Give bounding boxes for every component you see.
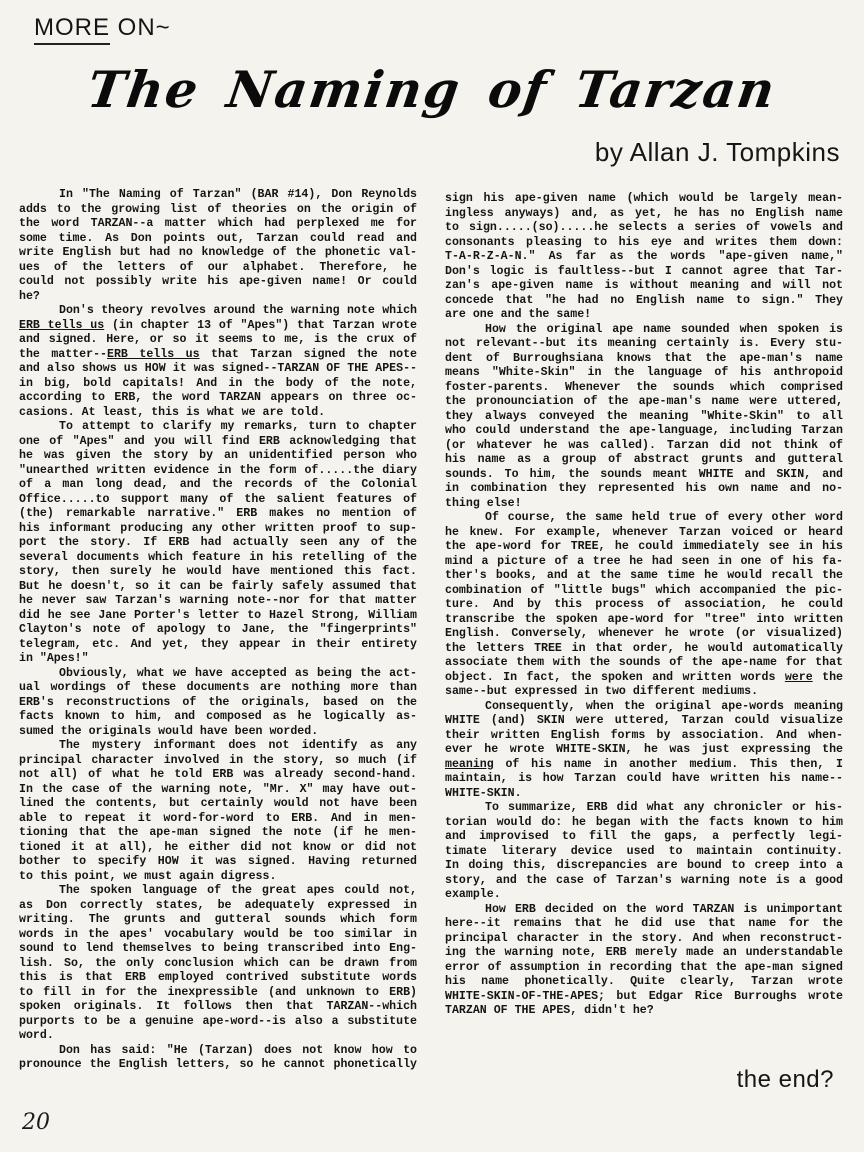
text-line: his name as a group of abstract grunts a… (445, 453, 843, 468)
text-line: did he see Jane Porter's letter to Hazel… (19, 609, 417, 624)
text-line: TARZAN OF THE APES, didn't he? (445, 1004, 843, 1019)
text-line: words in the apes' vocabulary would be t… (19, 928, 417, 943)
text-line: Don has said: "He (Tarzan) does not know… (19, 1044, 417, 1059)
text-line: and improvised to fill the gaps, a perfe… (445, 830, 843, 845)
left-column: In "The Naming of Tarzan" (BAR #14), Don… (19, 188, 417, 1073)
text-line: ual wordings of these documents are noth… (19, 681, 417, 696)
text-line: able to repeat it word-for-word to ERB. … (19, 812, 417, 827)
text-line: maintain, is how Tarzan could have writt… (445, 772, 843, 787)
text-line: the word TARZAN--a matter which had perp… (19, 217, 417, 232)
text-line: But he doesn't, so it can be fairly safe… (19, 580, 417, 595)
text-line: the matter--ERB tells us that Tarzan sig… (19, 348, 417, 363)
text-line: To attempt to clarify my remarks, turn t… (19, 420, 417, 435)
text-line: not relevant--but its meaning certainly … (445, 337, 843, 352)
text-line: English. Conversely, whenever he wrote (… (445, 627, 843, 642)
text-line: in "Apes!" (19, 652, 417, 667)
text-line: mind a picture of a tree he had seen in … (445, 555, 843, 570)
text-line: concede that "he had no English name to … (445, 294, 843, 309)
text-line: To summarize, ERB did what any chronicle… (445, 801, 843, 816)
text-line: foster-parents. Whenever the sounds whic… (445, 381, 843, 396)
text-line: this is that ERB employed contrived subs… (19, 971, 417, 986)
text-line: he was given the story by an unidentifie… (19, 449, 417, 464)
text-line: ther's books, and at the same time he wo… (445, 569, 843, 584)
text-line: associate them with the sounds of the ap… (445, 656, 843, 671)
text-line: ERB's reconstructions of the originals, … (19, 696, 417, 711)
text-line: lish. So, the only conclusion which can … (19, 957, 417, 972)
text-line: story, then surely he would have mention… (19, 565, 417, 580)
text-line: write English but had no knowledge of th… (19, 246, 417, 261)
title-word: The (84, 60, 204, 119)
text-line: ingless anyways) and, as yet, he has no … (445, 207, 843, 222)
text-line: who could understand the ape-language, i… (445, 424, 843, 439)
underlined-text: meaning (445, 758, 494, 771)
text-line: Obviously, what we have accepted as bein… (19, 667, 417, 682)
text-line: dent of Burroughsiana knows that the ape… (445, 352, 843, 367)
text-line: object. In fact, the spoken and written … (445, 671, 843, 686)
text-line: The spoken language of the great apes co… (19, 884, 417, 899)
text-line: WHITE (and) SKIN were uttered, Tarzan co… (445, 714, 843, 729)
text-line: (the) remarkable narrative." ERB makes n… (19, 507, 417, 522)
text-line: are one and the same! (445, 308, 843, 323)
text-line: purports to be a genuine ape-word--is al… (19, 1015, 417, 1030)
text-line: telegram, etc. And yet, they appear in t… (19, 638, 417, 653)
text-line: the pronounciation of the ape-man's name… (445, 395, 843, 410)
text-line: casions. At least, this is what we are t… (19, 406, 417, 421)
text-line: Consequently, when the original ape-word… (445, 700, 843, 715)
text-line: according to ERB, the word TARZAN appear… (19, 391, 417, 406)
underlined-text: ERB tells us (19, 319, 104, 332)
text-line: consonants pleasing to his eye and write… (445, 236, 843, 251)
text-line: not all) of what he told ERB was already… (19, 768, 417, 783)
text-line: The mystery informant does not identify … (19, 739, 417, 754)
text-line: lined the contents, but certainly would … (19, 797, 417, 812)
underlined-text: ERB tells us (107, 348, 200, 361)
text-line: he knew. For example, whenever Tarzan vo… (445, 526, 843, 541)
text-line: tioning that the ape-man signed the note… (19, 826, 417, 841)
text-line: "unearthed written evidence in the form … (19, 464, 417, 479)
text-line: to this point, we must again digress. (19, 870, 417, 885)
text-line: his informant producing any other writte… (19, 522, 417, 537)
author-byline: by Allan J. Tompkins (595, 137, 840, 168)
title-word: Tarzan (571, 60, 780, 119)
text-line: sounds. To him, the sounds meant WHITE a… (445, 468, 843, 483)
closing-text: the end? (737, 1066, 834, 1094)
title-word: Naming (223, 60, 465, 119)
text-line: their written English forms by associati… (445, 729, 843, 744)
text-line: WHITE-SKIN. (445, 787, 843, 802)
text-line: could not possibly write his ape-given n… (19, 275, 417, 290)
text-line: in combination they represented his own … (445, 482, 843, 497)
text-line: tioned it at all), he either did not kno… (19, 841, 417, 856)
text-line: Office.....to support many of the salien… (19, 493, 417, 508)
article-title: TheNamingofTarzan (0, 60, 864, 119)
text-line: to sign.....(so).....he selects a series… (445, 221, 843, 236)
text-line: sign his ape-given name (which would be … (445, 192, 843, 207)
text-line: ERB tells us (in chapter 13 of "Apes") t… (19, 319, 417, 334)
text-line: Don's logic is faultless--but I cannot a… (445, 265, 843, 280)
text-line: port the story. If ERB had actually seen… (19, 536, 417, 551)
text-line: principal character involved in the stor… (19, 754, 417, 769)
text-line: In the case of the warning note, "Mr. X"… (19, 783, 417, 798)
text-line: T-A-R-Z-A-N." As far as the words "ape-g… (445, 250, 843, 265)
text-line: several documents which feature in his r… (19, 551, 417, 566)
text-line: In "The Naming of Tarzan" (BAR #14), Don… (19, 188, 417, 203)
text-line: spoken originals. It follows then that T… (19, 1000, 417, 1015)
text-line: zan's ape-given name is without meaning … (445, 279, 843, 294)
text-line: the letters TREE in that order, he would… (445, 642, 843, 657)
text-line: bother to specify HOW it was signed. Hav… (19, 855, 417, 870)
text-line: story, and the case of Tarzan's warning … (445, 874, 843, 889)
text-line: and also shows us HOW it was signed--TAR… (19, 362, 417, 377)
text-line: torian would do: he began with the facts… (445, 816, 843, 831)
text-line: and signed. Here, or so it seems to me, … (19, 333, 417, 348)
text-line: example. (445, 888, 843, 903)
text-line: meaning of his name in another medium. T… (445, 758, 843, 773)
text-line: writing. The grunts and gutteral sounds … (19, 913, 417, 928)
text-line: Clayton's note of apology to Jane, the "… (19, 623, 417, 638)
title-word: of (485, 60, 552, 119)
text-line: ing the warning note, ERB merely made an… (445, 946, 843, 961)
text-line: Of course, the same held true of every o… (445, 511, 843, 526)
text-line: combination of "little bugs" which accom… (445, 584, 843, 599)
text-line: principal character in the story. And wh… (445, 932, 843, 947)
underlined-text: were (785, 671, 813, 684)
text-line: pronounce the English letters, so he can… (19, 1058, 417, 1073)
text-line: How ERB decided on the word TARZAN is un… (445, 903, 843, 918)
text-line: means "White-Skin" in the language of hi… (445, 366, 843, 381)
text-line: timate literary device used to maintain … (445, 845, 843, 860)
page-number: 20 (22, 1110, 50, 1135)
text-line: adds to the growing list of theories on … (19, 203, 417, 218)
text-line: ever he wrote WHITE-SKIN, he was just ex… (445, 743, 843, 758)
text-line: some time. As Don points out, Tarzan cou… (19, 232, 417, 247)
text-line: transcribe the spoken ape-word for "tree… (445, 613, 843, 628)
text-line: in big, bold capitals! And in the body o… (19, 377, 417, 392)
text-line: of a man long dead, and the records of t… (19, 478, 417, 493)
text-line: thing else! (445, 497, 843, 512)
text-line: ues of the letters of our alphabet. Ther… (19, 261, 417, 276)
text-line: Don's theory revolves around the warning… (19, 304, 417, 319)
text-line: In doing this, discrepancies are bound t… (445, 859, 843, 874)
section-kicker: MORE ON~ (34, 14, 171, 42)
text-line: as Don correctly states, be adequately e… (19, 899, 417, 914)
text-line: they always conveyed the meaning "White-… (445, 410, 843, 425)
text-line: same--but expressed in two different med… (445, 685, 843, 700)
kicker-underline (34, 43, 110, 45)
text-line: the ape-word for TREE, he could immediat… (445, 540, 843, 555)
text-line: he never saw Tarzan's warning note--nor … (19, 594, 417, 609)
text-line: (or whatever he was called). Tarzan did … (445, 439, 843, 454)
text-line: sound to lend themselves to being transc… (19, 942, 417, 957)
text-line: ture. And by this process of association… (445, 598, 843, 613)
text-line: How the original ape name sounded when s… (445, 323, 843, 338)
text-line: word. (19, 1029, 417, 1044)
text-line: here--it remains that he did use that na… (445, 917, 843, 932)
right-column: sign his ape-given name (which would be … (445, 192, 843, 1019)
text-line: facts known to him, and composed as he l… (19, 710, 417, 725)
text-line: his name phonetically. Quite clearly, Ta… (445, 975, 843, 990)
text-line: WHITE-SKIN-OF-THE-APES; but Edgar Rice B… (445, 990, 843, 1005)
text-line: to fill in for the inexpressible (and un… (19, 986, 417, 1001)
magazine-page: MORE ON~ TheNamingofTarzan by Allan J. T… (0, 0, 864, 1152)
text-line: one of "Apes" and you will find ERB ackn… (19, 435, 417, 450)
text-line: sumed the originals would have been word… (19, 725, 417, 740)
text-line: he? (19, 290, 417, 305)
text-line: error of assumption in recording that th… (445, 961, 843, 976)
